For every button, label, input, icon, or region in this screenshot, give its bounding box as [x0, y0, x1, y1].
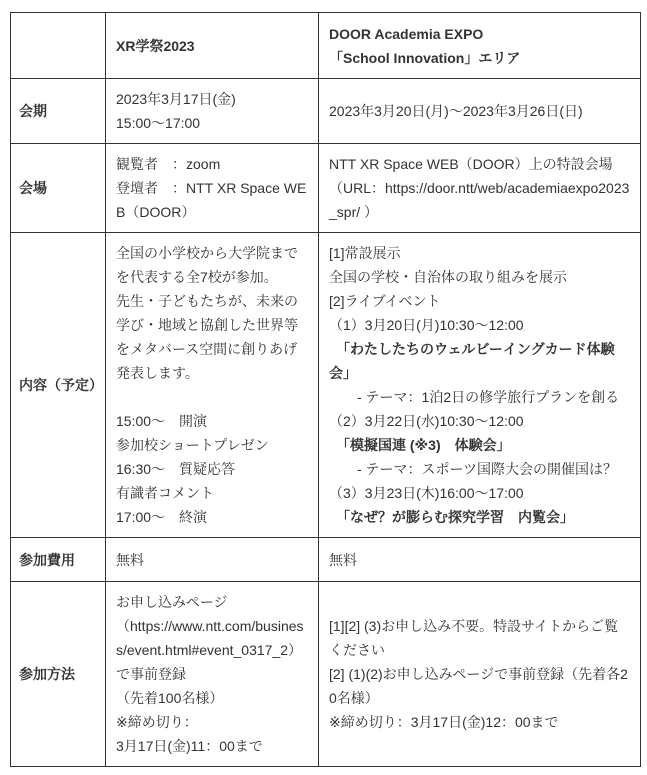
cell-hoho-xr: お申し込みページ（https://www.ntt.com/business/ev… — [106, 582, 319, 767]
cell-header-door: DOOR Academia EXPO「School Innovation」エリア — [319, 13, 641, 79]
text-line: 参加校ショートプレゼン — [116, 433, 308, 457]
text-line: [1]常設展示 — [329, 241, 630, 265]
text-line: [2]ライブイベント — [329, 289, 630, 313]
text-line: 15:00〜17:00 — [116, 111, 308, 135]
text-line: 2023年3月17日(金) — [116, 87, 308, 111]
text-line: - テーマ：1泊2日の修学旅行プランを創る — [329, 385, 630, 409]
text-line: DOOR Academia EXPO — [329, 22, 630, 46]
cell-header-xr: XR学祭2023 — [106, 13, 319, 79]
text-line: お申し込みページ — [116, 590, 308, 614]
event-info-table: XR学祭2023DOOR Academia EXPO「School Innova… — [10, 12, 641, 767]
text-line: 無料 — [116, 548, 308, 572]
text-line: 「School Innovation」エリア — [329, 46, 630, 70]
text-line: 16:30〜 質疑応答 — [116, 457, 308, 481]
text-line: ※締め切り： — [116, 710, 308, 734]
row-label-header — [11, 13, 106, 79]
cell-naiyo-xr: 全国の小学校から大学院までを代表する全7校が参加。先生・子どもたちが、未来の学び… — [106, 233, 319, 538]
text-line — [116, 385, 308, 409]
cell-kaiki-door: 2023年3月20日(月)〜2023年3月26日(日) — [319, 79, 641, 144]
cell-hiyo-door: 無料 — [319, 538, 641, 582]
table-row-header: XR学祭2023DOOR Academia EXPO「School Innova… — [11, 13, 641, 79]
cell-hiyo-xr: 無料 — [106, 538, 319, 582]
text-line: 「模擬国連 (※3) 体験会」 — [329, 433, 630, 457]
text-line: 17:00〜 終演 — [116, 505, 308, 529]
text-line: （URL：https://door.ntt/web/academiaexpo20… — [329, 176, 630, 224]
cell-hoho-door: [1][2] (3)お申し込み不要。特設サイトからご覧ください[2] (1)(2… — [319, 582, 641, 767]
cell-kaijo-door: NTT XR Space WEB（DOOR）上の特設会場（URL：https:/… — [319, 144, 641, 233]
text-line: 観覧者 ：zoom — [116, 152, 308, 176]
table-row-kaijo: 会場観覧者 ：zoom登壇者 ：NTT XR Space WEB（DOOR）NT… — [11, 144, 641, 233]
text-line: 3月17日(金)11：00まで — [116, 734, 308, 758]
text-line: 有識者コメント — [116, 481, 308, 505]
table-row-kaiki: 会期2023年3月17日(金)15:00〜17:002023年3月20日(月)〜… — [11, 79, 641, 144]
cell-kaiki-xr: 2023年3月17日(金)15:00〜17:00 — [106, 79, 319, 144]
text-line: 「わたしたちのウェルビーイングカード体験会」 — [329, 337, 630, 385]
table-body: XR学祭2023DOOR Academia EXPO「School Innova… — [11, 13, 641, 767]
text-line: （3）3月23日(木)16:00〜17:00 — [329, 481, 630, 505]
row-label-naiyo: 内容（予定） — [11, 233, 106, 538]
cell-kaijo-xr: 観覧者 ：zoom登壇者 ：NTT XR Space WEB（DOOR） — [106, 144, 319, 233]
text-line: 先生・子どもたちが、未来の学び・地域と協創した世界等をメタバース空間に創りあげ発… — [116, 289, 308, 385]
row-label-hoho: 参加方法 — [11, 582, 106, 767]
text-line: 15:00〜 開演 — [116, 409, 308, 433]
text-line: XR学祭2023 — [116, 34, 308, 58]
table-row-naiyo: 内容（予定）全国の小学校から大学院までを代表する全7校が参加。先生・子どもたちが… — [11, 233, 641, 538]
text-line: 「なぜ？が膨らむ探究学習 内覧会」 — [329, 505, 630, 529]
row-label-kaijo: 会場 — [11, 144, 106, 233]
row-label-kaiki: 会期 — [11, 79, 106, 144]
row-label-hiyo: 参加費用 — [11, 538, 106, 582]
text-line: （https://www.ntt.com/business/event.html… — [116, 614, 308, 686]
text-line: 無料 — [329, 548, 630, 572]
text-line: 2023年3月20日(月)〜2023年3月26日(日) — [329, 99, 630, 123]
text-line: （1）3月20日(月)10:30〜12:00 — [329, 313, 630, 337]
text-line: [1][2] (3)お申し込み不要。特設サイトからご覧ください — [329, 614, 630, 662]
text-line: - テーマ：スポーツ国際大会の開催国は？ — [329, 457, 630, 481]
text-line: 全国の学校・自治体の取り組みを展示 — [329, 265, 630, 289]
table-row-hiyo: 参加費用無料無料 — [11, 538, 641, 582]
table-row-hoho: 参加方法お申し込みページ（https://www.ntt.com/busines… — [11, 582, 641, 767]
text-line: （2）3月22日(水)10:30〜12:00 — [329, 409, 630, 433]
text-line: ※締め切り：3月17日(金)12：00まで — [329, 710, 630, 734]
text-line: 全国の小学校から大学院までを代表する全7校が参加。 — [116, 241, 308, 289]
text-line: [2] (1)(2)お申し込みページで事前登録（先着各20名様） — [329, 662, 630, 710]
text-line: NTT XR Space WEB（DOOR）上の特設会場 — [329, 152, 630, 176]
cell-naiyo-door: [1]常設展示全国の学校・自治体の取り組みを展示[2]ライブイベント（1）3月2… — [319, 233, 641, 538]
text-line: 登壇者 ：NTT XR Space WEB（DOOR） — [116, 176, 308, 224]
text-line: （先着100名様） — [116, 686, 308, 710]
